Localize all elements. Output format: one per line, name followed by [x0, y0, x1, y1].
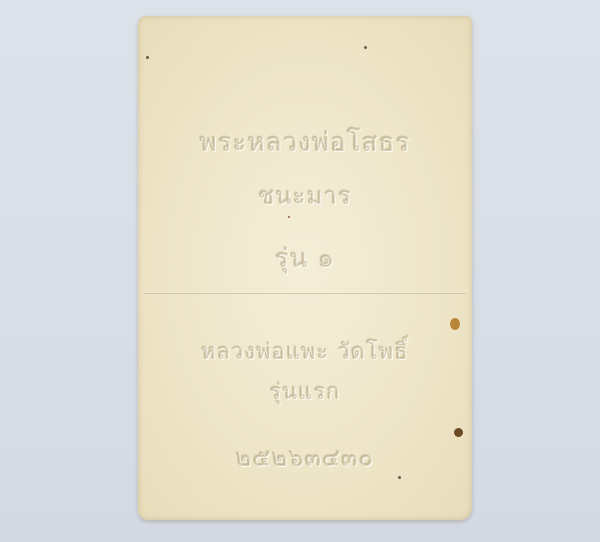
inscription-line-6: ๒๕๒๖๓๔๓๐ — [138, 438, 472, 477]
inscription-line-3: รุ่น ๑ — [138, 238, 472, 279]
speck — [364, 46, 367, 49]
speck — [288, 216, 290, 218]
speck — [146, 56, 149, 59]
tablet-seam — [144, 293, 466, 294]
inscription-line-1: พระหลวงพ่อโสธร — [138, 122, 472, 163]
rust-spot — [454, 428, 463, 437]
speck — [398, 476, 401, 479]
amulet-tablet: พระหลวงพ่อโสธร ชนะมาร รุ่น ๑ หลวงพ่อแพะ … — [138, 16, 472, 520]
inscription-line-2: ชนะมาร — [138, 176, 472, 215]
inscription-line-4: หลวงพ่อแพะ วัดโพธิ์ — [138, 334, 472, 369]
inscription-line-5: รุ่นแรก — [138, 374, 472, 409]
rust-spot — [450, 318, 460, 330]
